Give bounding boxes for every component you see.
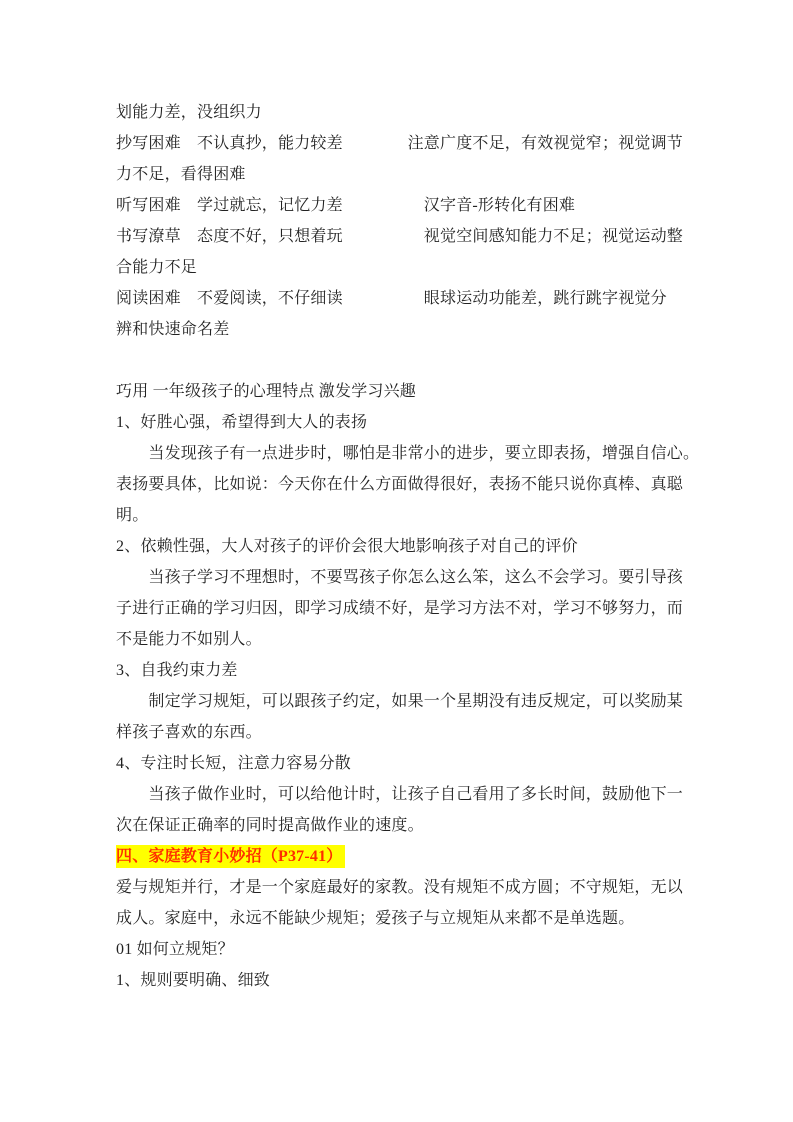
section-heading-highlighted: 四、家庭教育小妙招（P37-41） bbox=[116, 841, 697, 872]
highlighted-heading-text: 四、家庭教育小妙招（P37-41） bbox=[116, 845, 345, 868]
text-line: 子进行正确的学习归因，即学习成绩不好，是学习方法不对，学习不够努力，而 bbox=[116, 593, 697, 624]
document-page: 划能力差，没组织力抄写困难 不认真抄，能力较差 注意广度不足，有效视觉窄；视觉调… bbox=[0, 0, 793, 1122]
text-line: 次在保证正确率的同时提高做作业的速度。 bbox=[116, 810, 697, 841]
text-line: 听写困难 学过就忘，记忆力差 汉字音-形转化有困难 bbox=[116, 190, 697, 221]
text-line: 01 如何立规矩？ bbox=[116, 934, 697, 965]
text-line: 当孩子做作业时，可以给他计时，让孩子自己看用了多长时间，鼓励他下一 bbox=[116, 779, 697, 810]
text-line: 当孩子学习不理想时，不要骂孩子你怎么这么笨，这么不会学习。要引导孩 bbox=[116, 562, 697, 593]
text-line: 表扬要具体，比如说：今天你在什么方面做得很好，表扬不能只说你真棒、真聪 bbox=[116, 469, 697, 500]
text-line: 阅读困难 不爱阅读，不仔细读 眼球运动功能差，跳行跳字视觉分 bbox=[116, 283, 697, 314]
text-line: 合能力不足 bbox=[116, 252, 697, 283]
text-line: 样孩子喜欢的东西。 bbox=[116, 717, 697, 748]
blank-line bbox=[116, 345, 697, 376]
text-line: 不是能力不如别人。 bbox=[116, 624, 697, 655]
text-line: 巧用 一年级孩子的心理特点 激发学习兴趣 bbox=[116, 376, 697, 407]
text-line: 1、好胜心强，希望得到大人的表扬 bbox=[116, 407, 697, 438]
text-line: 划能力差，没组织力 bbox=[116, 97, 697, 128]
text-line: 2、依赖性强，大人对孩子的评价会很大地影响孩子对自己的评价 bbox=[116, 531, 697, 562]
text-line: 力不足，看得困难 bbox=[116, 159, 697, 190]
text-line: 当发现孩子有一点进步时，哪怕是非常小的进步，要立即表扬，增强自信心。 bbox=[116, 438, 697, 469]
text-line: 1、规则要明确、细致 bbox=[116, 965, 697, 996]
text-line: 辨和快速命名差 bbox=[116, 314, 697, 345]
text-line: 书写潦草 态度不好，只想着玩 视觉空间感知能力不足；视觉运动整 bbox=[116, 221, 697, 252]
text-line: 爱与规矩并行，才是一个家庭最好的家教。没有规矩不成方圆；不守规矩，无以 bbox=[116, 872, 697, 903]
text-line: 明。 bbox=[116, 500, 697, 531]
text-line: 4、专注时长短，注意力容易分散 bbox=[116, 748, 697, 779]
text-line: 3、自我约束力差 bbox=[116, 655, 697, 686]
text-line: 制定学习规矩，可以跟孩子约定，如果一个星期没有违反规定，可以奖励某 bbox=[116, 686, 697, 717]
text-line: 成人。家庭中，永远不能缺少规矩；爱孩子与立规矩从来都不是单选题。 bbox=[116, 903, 697, 934]
text-line: 抄写困难 不认真抄，能力较差 注意广度不足，有效视觉窄；视觉调节 bbox=[116, 128, 697, 159]
